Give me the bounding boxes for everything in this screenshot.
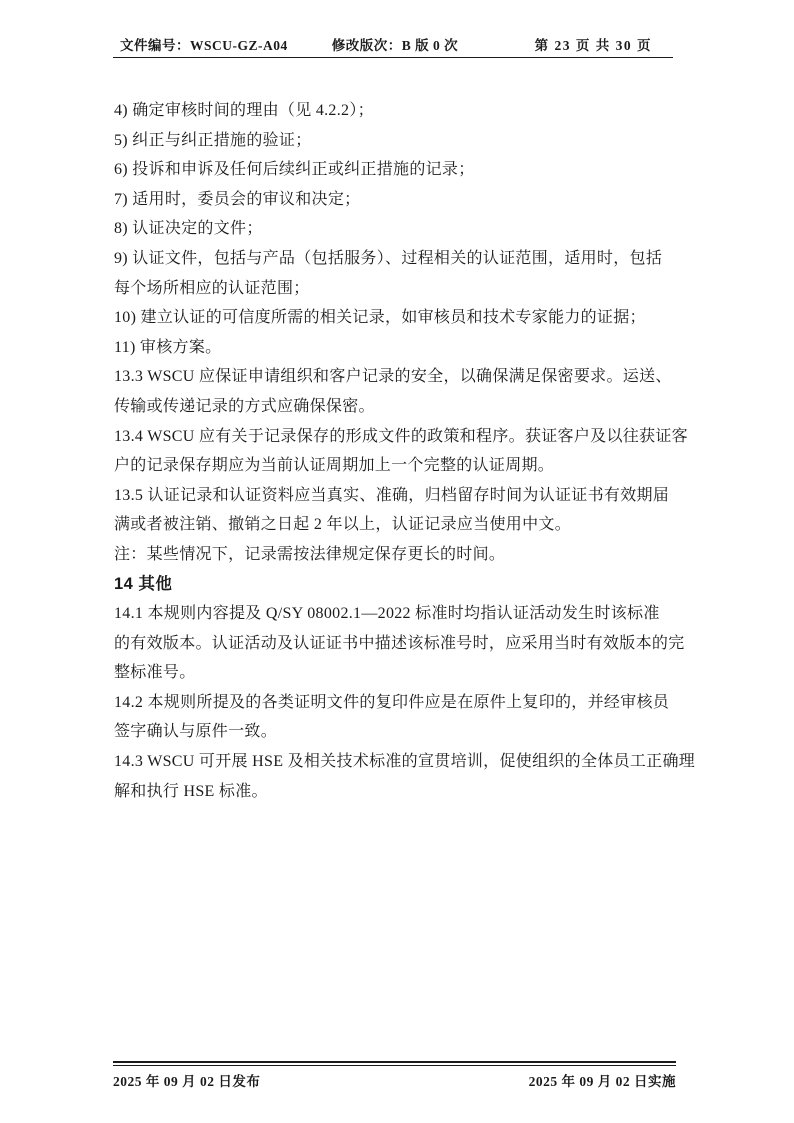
- release-date-label: 2025 年 09 月 02 日发布: [113, 1070, 260, 1090]
- section-heading: 14 其他: [114, 570, 684, 600]
- footer-rule: [113, 1061, 676, 1066]
- body-line: 4) 确定审核时间的理由（见 4.2.2）；: [114, 96, 684, 126]
- body-line: 6) 投诉和申诉及任何后续纠正或纠正措施的记录；: [114, 155, 684, 185]
- body-line: 传输或传递记录的方式应确保保密。: [114, 392, 684, 422]
- body-line: 每个场所相应的认证范围；: [114, 274, 684, 304]
- doc-number-label: 文件编号：WSCU-GZ-A04: [120, 34, 288, 54]
- body-line: 满或者被注销、撤销之日起 2 年以上，认证记录应当使用中文。: [114, 510, 684, 540]
- body-line: 解和执行 HSE 标准。: [114, 777, 684, 807]
- body-line: 13.5 认证记录和认证资料应当真实、准确，归档留存时间为认证证书有效期届: [114, 481, 684, 511]
- body-line: 14.1 本规则内容提及 Q/SY 08002.1—2022 标准时均指认证活动…: [114, 599, 684, 629]
- body-line: 14.3 WSCU 可开展 HSE 及相关技术标准的宣贯培训，促使组织的全体员工…: [114, 747, 684, 777]
- page-header: 文件编号：WSCU-GZ-A04 修改版次：B 版 0 次 第 23 页 共 3…: [120, 34, 652, 54]
- body-line: 5) 纠正与纠正措施的验证；: [114, 126, 684, 156]
- header-rule: [113, 57, 673, 58]
- revision-label: 修改版次：B 版 0 次: [332, 34, 458, 54]
- page-footer: 2025 年 09 月 02 日发布 2025 年 09 月 02 日实施: [113, 1070, 676, 1090]
- body-line: 注：某些情况下，记录需按法律规定保存更长的时间。: [114, 540, 684, 570]
- body-line: 14.2 本规则所提及的各类证明文件的复印件应是在原件上复印的，并经审核员: [114, 688, 684, 718]
- body-line: 7) 适用时，委员会的审议和决定；: [114, 185, 684, 215]
- body-line: 整标准号。: [114, 658, 684, 688]
- body-line: 9) 认证文件，包括与产品（包括服务）、过程相关的认证范围，适用时，包括: [114, 244, 684, 274]
- body-line: 8) 认证决定的文件；: [114, 214, 684, 244]
- body-line: 13.3 WSCU 应保证申请组织和客户记录的安全，以确保满足保密要求。运送、: [114, 362, 684, 392]
- body-line: 10) 建立认证的可信度所需的相关记录，如审核员和技术专家能力的证据；: [114, 303, 684, 333]
- page-number-label: 第 23 页 共 30 页: [535, 34, 652, 54]
- document-page: 文件编号：WSCU-GZ-A04 修改版次：B 版 0 次 第 23 页 共 3…: [0, 0, 794, 1123]
- body-line: 13.4 WSCU 应有关于记录保存的形成文件的政策和程序。获证客户及以往获证客: [114, 422, 684, 452]
- body-line: 签字确认与原件一致。: [114, 717, 684, 747]
- body-line: 11) 审核方案。: [114, 333, 684, 363]
- document-body: 4) 确定审核时间的理由（见 4.2.2）；5) 纠正与纠正措施的验证；6) 投…: [114, 96, 684, 806]
- body-line: 户的记录保存期应为当前认证周期加上一个完整的认证周期。: [114, 451, 684, 481]
- body-line: 的有效版本。认证活动及认证证书中描述该标准号时，应采用当时有效版本的完: [114, 629, 684, 659]
- implement-date-label: 2025 年 09 月 02 日实施: [529, 1070, 676, 1090]
